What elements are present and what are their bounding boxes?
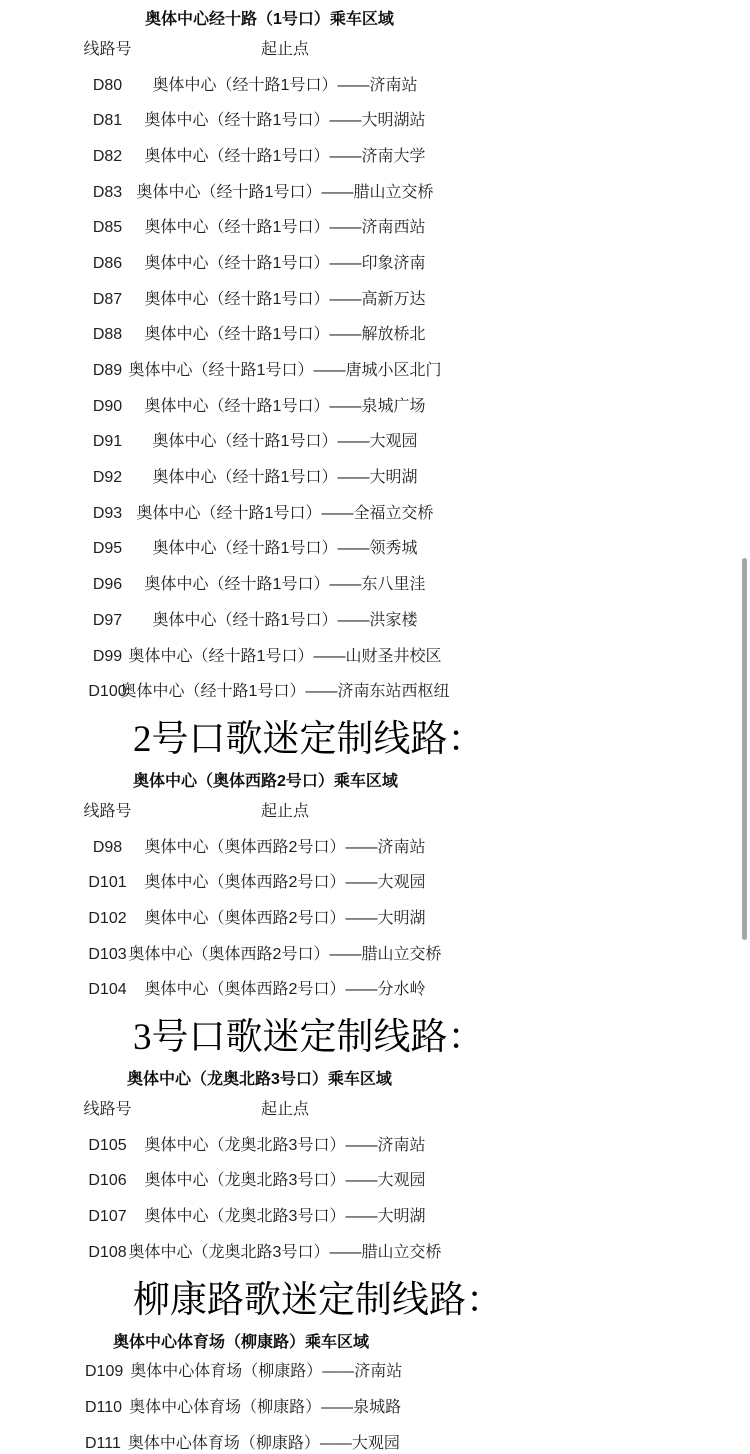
route-endpoints: 奥体中心（奥体西路2号口）——分水岭: [155, 980, 415, 1000]
route-endpoints-text: 奥体中心（龙奥北路3号口）——大观园: [145, 1171, 426, 1191]
route-endpoints-text: 奥体中心（经十路1号口）——领秀城: [153, 539, 418, 559]
route-endpoints-text: 奥体中心（经十路1号口）——东八里洼: [145, 575, 426, 595]
route-number: D107: [60, 1207, 155, 1227]
route-endpoints: 奥体中心（经十路1号口）——东八里洼: [155, 575, 415, 595]
route-row: D105 奥体中心（龙奥北路3号口）——济南站: [0, 1128, 750, 1164]
route-endpoints: 奥体中心（奥体西路2号口）——大明湖: [155, 909, 415, 929]
route-row: D99 奥体中心（经十路1号口）——山财圣井校区: [0, 639, 750, 675]
route-endpoints-text: 奥体中心（奥体西路2号口）——大明湖: [145, 909, 426, 929]
route-section: 2号口歌迷定制线路： 奥体中心（奥体西路2号口）乘车区域 线路号 起止点 D98…: [0, 716, 750, 1008]
route-endpoints-text: 奥体中心（经十路1号口）——大明湖站: [145, 111, 426, 131]
route-number: D81: [60, 111, 155, 131]
route-number: D82: [60, 147, 155, 167]
route-endpoints: 奥体中心体育场（柳康路）——大观园: [128, 1434, 400, 1454]
route-section: 奥体中心经十路（1号口）乘车区域 线路号 起止点 D80 奥体中心（经十路1号口…: [0, 8, 750, 710]
route-row: D81 奥体中心（经十路1号口）——大明湖站: [0, 103, 750, 139]
route-endpoints: 奥体中心（经十路1号口）——洪家楼: [155, 611, 415, 631]
route-endpoints: 奥体中心（经十路1号口）——济南站: [155, 76, 415, 96]
route-endpoints: 奥体中心（经十路1号口）——大明湖站: [155, 111, 415, 131]
route-row: D109 奥体中心体育场（柳康路）——济南站: [0, 1355, 750, 1391]
route-endpoints-text: 奥体中心（龙奥北路3号口）——济南站: [145, 1136, 426, 1156]
route-endpoints-text: 奥体中心（奥体西路2号口）——分水岭: [145, 980, 426, 1000]
route-endpoints: 奥体中心（经十路1号口）——印象济南: [155, 254, 415, 274]
route-endpoints: 奥体中心（龙奥北路3号口）——济南站: [155, 1136, 415, 1156]
boarding-area-title: 奥体中心经十路（1号口）乘车区域: [0, 8, 750, 32]
route-endpoints-text: 奥体中心（经十路1号口）——大观园: [153, 432, 418, 452]
route-number: D87: [60, 290, 155, 310]
route-endpoints-text: 奥体中心（经十路1号口）——济南大学: [145, 147, 426, 167]
route-endpoints-text: 奥体中心（奥体西路2号口）——腊山立交桥: [129, 945, 442, 965]
route-endpoints-text: 奥体中心（龙奥北路3号口）——大明湖: [145, 1207, 426, 1227]
route-row: D104 奥体中心（奥体西路2号口）——分水岭: [0, 973, 750, 1009]
route-number: D98: [60, 838, 155, 858]
route-number: D88: [60, 325, 155, 345]
route-number: D109: [85, 1362, 123, 1382]
route-row: D100 奥体中心（经十路1号口）——济南东站西枢纽: [0, 674, 750, 710]
route-row: D85 奥体中心（经十路1号口）——济南西站: [0, 210, 750, 246]
route-row: D83 奥体中心（经十路1号口）——腊山立交桥: [0, 175, 750, 211]
section-heading: 3号口歌迷定制线路：: [0, 1014, 750, 1062]
route-number: D86: [60, 254, 155, 274]
route-endpoints: 奥体中心（龙奥北路3号口）——腊山立交桥: [155, 1243, 415, 1263]
route-number-column-header: 线路号: [60, 1100, 155, 1120]
route-number: D101: [60, 873, 155, 893]
boarding-area-title: 奥体中心（奥体西路2号口）乘车区域: [0, 770, 750, 794]
boarding-area-title: 奥体中心体育场（柳康路）乘车区域: [0, 1331, 750, 1355]
table-header-row: 线路号 起止点: [0, 794, 750, 830]
route-endpoints: 奥体中心体育场（柳康路）——济南站: [130, 1362, 402, 1382]
section-heading: 2号口歌迷定制线路：: [0, 716, 750, 764]
article-page: 奥体中心经十路（1号口）乘车区域 线路号 起止点 D80 奥体中心（经十路1号口…: [0, 8, 750, 1454]
route-endpoints-text: 奥体中心（经十路1号口）——洪家楼: [153, 611, 418, 631]
route-row: D102 奥体中心（奥体西路2号口）——大明湖: [0, 901, 750, 937]
route-number: D102: [60, 909, 155, 929]
route-endpoints-text: 奥体中心（经十路1号口）——济南西站: [145, 218, 426, 238]
route-endpoints: 奥体中心（经十路1号口）——山财圣井校区: [155, 647, 415, 667]
route-section: 柳康路歌迷定制线路： 奥体中心体育场（柳康路）乘车区域 D109 奥体中心体育场…: [0, 1277, 750, 1454]
endpoints-column-header: 起止点: [155, 40, 415, 60]
route-number-column-header: 线路号: [60, 40, 155, 60]
section-heading: 柳康路歌迷定制线路：: [0, 1277, 750, 1325]
route-rows: D109 奥体中心体育场（柳康路）——济南站 D110 奥体中心体育场（柳康路）…: [0, 1355, 750, 1454]
route-number-column-header: 线路号: [60, 802, 155, 822]
route-endpoints-text: 奥体中心体育场（柳康路）——泉城路: [129, 1398, 401, 1418]
route-row: D89 奥体中心（经十路1号口）——唐城小区北门: [0, 353, 750, 389]
scrollbar-thumb[interactable]: [742, 558, 747, 940]
route-endpoints-text: 奥体中心体育场（柳康路）——济南站: [130, 1362, 402, 1382]
boarding-area-title: 奥体中心（龙奥北路3号口）乘车区域: [0, 1068, 750, 1092]
route-row: D93 奥体中心（经十路1号口）——全福立交桥: [0, 496, 750, 532]
route-row: D90 奥体中心（经十路1号口）——泉城广场: [0, 389, 750, 425]
route-endpoints-text: 奥体中心（经十路1号口）——全福立交桥: [137, 504, 434, 524]
endpoints-column-header: 起止点: [155, 802, 415, 822]
endpoints-column-header: 起止点: [155, 1100, 415, 1120]
route-endpoints: 奥体中心（奥体西路2号口）——大观园: [155, 873, 415, 893]
route-row: D110 奥体中心体育场（柳康路）——泉城路: [0, 1390, 750, 1426]
route-number: D111: [85, 1434, 121, 1454]
route-number: D85: [60, 218, 155, 238]
route-row: D86 奥体中心（经十路1号口）——印象济南: [0, 246, 750, 282]
route-number: D105: [60, 1136, 155, 1156]
route-number: D104: [60, 980, 155, 1000]
route-endpoints-text: 奥体中心（龙奥北路3号口）——腊山立交桥: [129, 1243, 442, 1263]
route-row: D87 奥体中心（经十路1号口）——高新万达: [0, 282, 750, 318]
route-number: D96: [60, 575, 155, 595]
route-number: D90: [60, 397, 155, 417]
route-endpoints-text: 奥体中心体育场（柳康路）——大观园: [128, 1434, 400, 1454]
route-endpoints-text: 奥体中心（奥体西路2号口）——济南站: [145, 838, 426, 858]
route-endpoints: 奥体中心（经十路1号口）——济南东站西枢纽: [155, 682, 415, 702]
route-row: D107 奥体中心（龙奥北路3号口）——大明湖: [0, 1199, 750, 1235]
route-rows: D80 奥体中心（经十路1号口）——济南站 D81 奥体中心（经十路1号口）——…: [0, 68, 750, 710]
route-endpoints-text: 奥体中心（经十路1号口）——济南站: [153, 76, 418, 96]
route-endpoints: 奥体中心（龙奥北路3号口）——大观园: [155, 1171, 415, 1191]
route-row: D108 奥体中心（龙奥北路3号口）——腊山立交桥: [0, 1235, 750, 1271]
route-row: D101 奥体中心（奥体西路2号口）——大观园: [0, 865, 750, 901]
route-row: D82 奥体中心（经十路1号口）——济南大学: [0, 139, 750, 175]
route-endpoints: 奥体中心（经十路1号口）——济南西站: [155, 218, 415, 238]
route-row: D80 奥体中心（经十路1号口）——济南站: [0, 68, 750, 104]
route-endpoints: 奥体中心（经十路1号口）——解放桥北: [155, 325, 415, 345]
route-rows: D98 奥体中心（奥体西路2号口）——济南站 D101 奥体中心（奥体西路2号口…: [0, 830, 750, 1008]
route-rows: D105 奥体中心（龙奥北路3号口）——济南站 D106 奥体中心（龙奥北路3号…: [0, 1128, 750, 1271]
route-endpoints: 奥体中心（经十路1号口）——全福立交桥: [155, 504, 415, 524]
route-row: D88 奥体中心（经十路1号口）——解放桥北: [0, 318, 750, 354]
route-endpoints-text: 奥体中心（奥体西路2号口）——大观园: [145, 873, 426, 893]
route-sections: 奥体中心经十路（1号口）乘车区域 线路号 起止点 D80 奥体中心（经十路1号口…: [0, 8, 750, 1454]
route-endpoints: 奥体中心（经十路1号口）——济南大学: [155, 147, 415, 167]
route-endpoints: 奥体中心（奥体西路2号口）——腊山立交桥: [155, 945, 415, 965]
route-row: D96 奥体中心（经十路1号口）——东八里洼: [0, 567, 750, 603]
route-row: D91 奥体中心（经十路1号口）——大观园: [0, 425, 750, 461]
route-endpoints: 奥体中心（经十路1号口）——唐城小区北门: [155, 361, 415, 381]
route-row: D103 奥体中心（奥体西路2号口）——腊山立交桥: [0, 937, 750, 973]
route-endpoints: 奥体中心体育场（柳康路）——泉城路: [129, 1398, 401, 1418]
route-row: D111 奥体中心体育场（柳康路）——大观园: [0, 1426, 750, 1454]
route-section: 3号口歌迷定制线路： 奥体中心（龙奥北路3号口）乘车区域 线路号 起止点 D10…: [0, 1014, 750, 1270]
route-endpoints: 奥体中心（经十路1号口）——领秀城: [155, 539, 415, 559]
route-endpoints-text: 奥体中心（经十路1号口）——济南东站西枢纽: [121, 682, 450, 702]
route-number: D80: [60, 76, 155, 96]
route-endpoints-text: 奥体中心（经十路1号口）——高新万达: [145, 290, 426, 310]
route-endpoints: 奥体中心（经十路1号口）——高新万达: [155, 290, 415, 310]
route-number: D110: [85, 1398, 122, 1418]
route-row: D106 奥体中心（龙奥北路3号口）——大观园: [0, 1164, 750, 1200]
table-header-row: 线路号 起止点: [0, 1092, 750, 1128]
route-endpoints-text: 奥体中心（经十路1号口）——唐城小区北门: [129, 361, 442, 381]
route-number: D95: [60, 539, 155, 559]
route-endpoints: 奥体中心（经十路1号口）——腊山立交桥: [155, 183, 415, 203]
route-row: D95 奥体中心（经十路1号口）——领秀城: [0, 532, 750, 568]
route-endpoints-text: 奥体中心（经十路1号口）——泉城广场: [145, 397, 426, 417]
route-row: D97 奥体中心（经十路1号口）——洪家楼: [0, 603, 750, 639]
route-endpoints: 奥体中心（龙奥北路3号口）——大明湖: [155, 1207, 415, 1227]
route-endpoints-text: 奥体中心（经十路1号口）——解放桥北: [145, 325, 426, 345]
route-endpoints: 奥体中心（奥体西路2号口）——济南站: [155, 838, 415, 858]
route-endpoints-text: 奥体中心（经十路1号口）——大明湖: [153, 468, 418, 488]
route-number: D92: [60, 468, 155, 488]
route-endpoints-text: 奥体中心（经十路1号口）——印象济南: [145, 254, 426, 274]
route-number: D97: [60, 611, 155, 631]
table-header-row: 线路号 起止点: [0, 32, 750, 68]
route-endpoints-text: 奥体中心（经十路1号口）——山财圣井校区: [129, 647, 442, 667]
route-endpoints: 奥体中心（经十路1号口）——大观园: [155, 432, 415, 452]
route-row: D98 奥体中心（奥体西路2号口）——济南站: [0, 830, 750, 866]
route-number: D106: [60, 1171, 155, 1191]
route-number: D91: [60, 432, 155, 452]
route-endpoints: 奥体中心（经十路1号口）——大明湖: [155, 468, 415, 488]
route-row: D92 奥体中心（经十路1号口）——大明湖: [0, 460, 750, 496]
route-endpoints: 奥体中心（经十路1号口）——泉城广场: [155, 397, 415, 417]
route-endpoints-text: 奥体中心（经十路1号口）——腊山立交桥: [137, 183, 434, 203]
